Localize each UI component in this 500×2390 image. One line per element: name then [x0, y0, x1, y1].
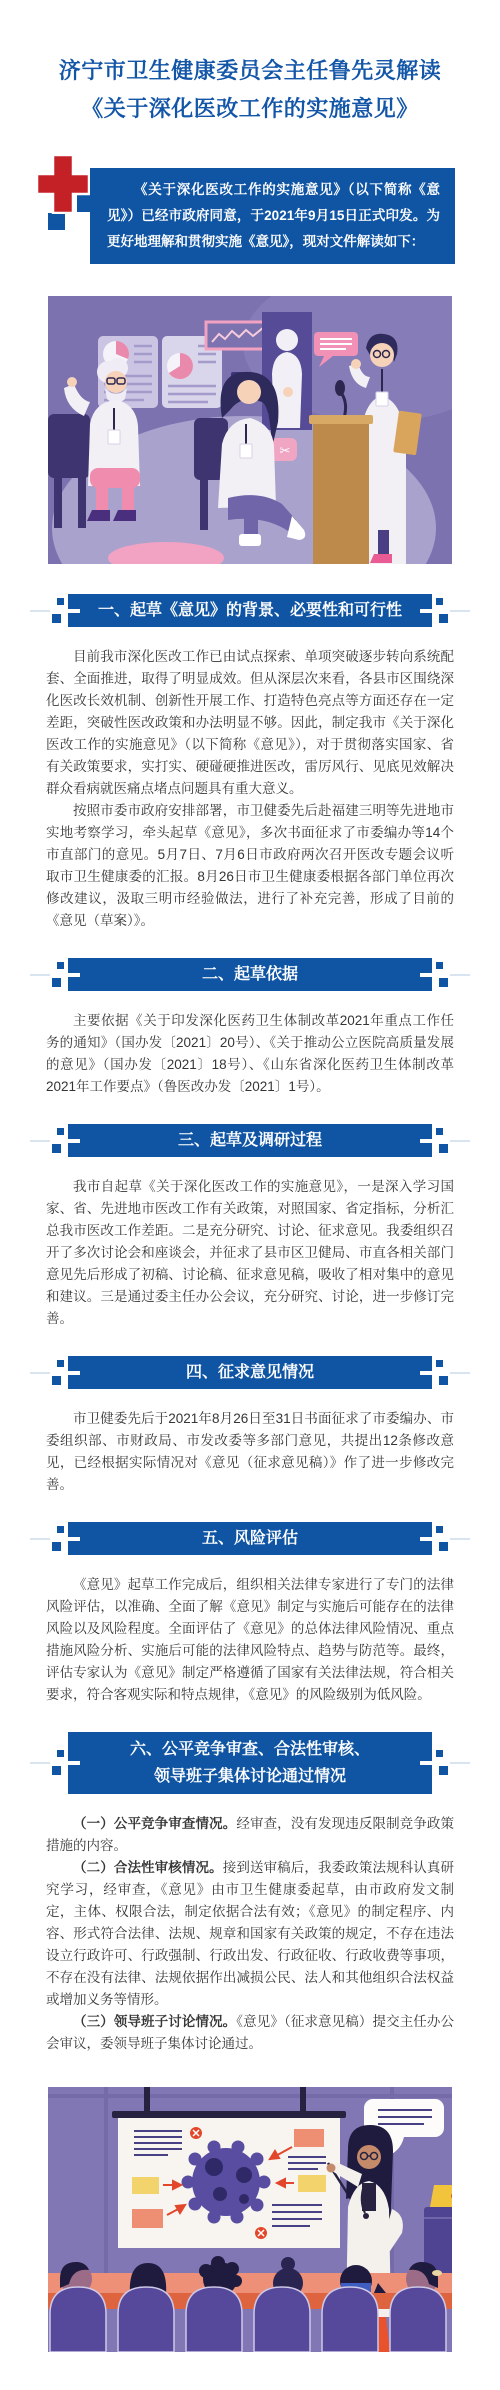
section-heading-text: 三、起草及调研过程 — [178, 1132, 322, 1149]
banner-notch-left — [68, 973, 80, 977]
banner-notch-right — [420, 973, 432, 977]
paragraph-text: 按照市委市政府安排部署，市卫健委先后赴福建三明等先进地市实地考察学习，牵头起草《… — [46, 803, 454, 928]
section-5: 五、风险评估 《意见》起草工作完成后，组织相关法律专家进行了专门的法律风险评估，… — [0, 1522, 500, 1706]
banner-notch-right — [420, 609, 432, 613]
section-heading: 五、风险评估 — [68, 1522, 432, 1555]
title-line-2: 《关于深化医改工作的实施意见》 — [81, 96, 419, 121]
section-heading: 六、公平竞争审查、合法性审核、 领导班子集体讨论通过情况 — [68, 1732, 432, 1794]
banner-square — [436, 1360, 443, 1367]
paragraph-lead: （一）公平竞争审查情况。 — [73, 1816, 236, 1831]
banner-square — [439, 1766, 448, 1775]
banner-line-right — [450, 1140, 470, 1142]
banner-square — [57, 598, 64, 605]
intro-box: 《关于深化医改工作的实施意见》（以下简称《意见》）已经市政府同意，于2021年9… — [90, 168, 455, 264]
banner-square — [52, 614, 61, 623]
section-heading-text: 领导班子集体讨论通过情况 — [154, 1768, 346, 1785]
intro-text: 《关于深化医改工作的实施意见》（以下简称《意见》）已经市政府同意，于2021年9… — [107, 182, 440, 249]
banner-square — [57, 1526, 64, 1533]
paragraph: 目前我市深化医改工作已由试点探索、单项突破逐步转向系统配套、全面推进，取得了明显… — [46, 646, 454, 800]
paragraph: （一）公平竞争审查情况。经审查，没有发现违反限制竞争政策措施的内容。 — [46, 1813, 454, 1857]
section-heading: 一、起草《意见》的背景、必要性和可行性 — [68, 594, 432, 627]
banner-line-right — [450, 1538, 470, 1540]
banner-line-right — [450, 974, 470, 976]
banner-notch-right — [420, 1371, 432, 1375]
banner-square — [439, 614, 448, 623]
banner-notch-right — [420, 1139, 432, 1143]
section-3: 三、起草及调研过程 我市自起草《关于深化医改工作的实施意见》，一是深入学习国家、… — [0, 1124, 500, 1330]
paragraph: （二）合法性审核情况。接到送审稿后，我委政策法规科认真研究学习，经审查，《意见》… — [46, 1857, 454, 2011]
banner-notch-left — [68, 609, 80, 613]
banner-square — [52, 1542, 61, 1551]
svg-text:✂: ✂ — [280, 443, 291, 458]
banner-notch-left — [68, 1761, 80, 1765]
section-heading: 二、起草依据 — [68, 958, 432, 991]
banner-square — [436, 598, 443, 605]
banner-line-left — [30, 974, 50, 976]
section-2-banner: 二、起草依据 — [68, 958, 432, 991]
banner-square — [436, 962, 443, 969]
banner-square — [439, 978, 448, 987]
paragraph-lead: （二）合法性审核情况。 — [73, 1860, 223, 1875]
banner-notch-left — [68, 1371, 80, 1375]
section-heading-text: 五、风险评估 — [202, 1530, 298, 1547]
presentation-illustration — [48, 2087, 452, 2352]
section-heading-text: 一、起草《意见》的背景、必要性和可行性 — [98, 602, 402, 619]
banner-notch-left — [68, 1139, 80, 1143]
banner-line-left — [30, 610, 50, 612]
banner-square — [57, 1128, 64, 1135]
banner-square — [52, 1144, 61, 1153]
banner-square — [52, 1376, 61, 1385]
intro-step-decoration — [48, 213, 65, 230]
paragraph: 主要依据《关于印发深化医药卫生体制改革2021年重点工作任务的通知》（国办发〔2… — [46, 1010, 454, 1098]
banner-square — [436, 1526, 443, 1533]
section-heading-text: 四、征求意见情况 — [186, 1364, 314, 1381]
banner-square — [439, 1542, 448, 1551]
section-heading: 四、征求意见情况 — [68, 1356, 432, 1389]
paragraph-text: 目前我市深化医改工作已由试点探索、单项突破逐步转向系统配套、全面推进，取得了明显… — [46, 649, 454, 796]
banner-line-right — [450, 1762, 470, 1764]
banner-square — [57, 1360, 64, 1367]
banner-square — [57, 1750, 64, 1757]
banner-square — [52, 1766, 61, 1775]
section-4: 四、征求意见情况 市卫健委先后于2021年8月26日至31日书面征求了市委编办、… — [0, 1356, 500, 1496]
paragraph-text: 我市自起草《关于深化医改工作的实施意见》，一是深入学习国家、省、先进地市医改工作… — [46, 1179, 454, 1326]
section-6: 六、公平竞争审查、合法性审核、 领导班子集体讨论通过情况 （一）公平竞争审查情况… — [0, 1732, 500, 2055]
section-4-banner: 四、征求意见情况 — [68, 1356, 432, 1389]
paragraph-text: 接到送审稿后，我委政策法规科认真研究学习，经审查，《意见》由市卫生健康委起草，由… — [46, 1860, 454, 2007]
section-heading-text: 六、公平竞争审查、合法性审核、 — [130, 1741, 370, 1758]
banner-square — [57, 962, 64, 969]
banner-notch-left — [68, 1537, 80, 1541]
banner-square — [439, 1144, 448, 1153]
banner-line-right — [450, 1372, 470, 1374]
intro-banner: 《关于深化医改工作的实施意见》（以下简称《意见》）已经市政府同意，于2021年9… — [90, 168, 455, 264]
paragraph: 《意见》起草工作完成后，组织相关法律专家进行了专门的法律风险评估，以准确、全面了… — [46, 1574, 454, 1706]
paragraph-text: 主要依据《关于印发深化医药卫生体制改革2021年重点工作任务的通知》（国办发〔2… — [46, 1013, 454, 1094]
meeting-illustration: ? ✂ — [48, 296, 452, 564]
section-5-banner: 五、风险评估 — [68, 1522, 432, 1555]
banner-square — [436, 1128, 443, 1135]
banner-line-left — [30, 1372, 50, 1374]
paragraph-text: 《意见》起草工作完成后，组织相关法律专家进行了专门的法律风险评估，以准确、全面了… — [46, 1577, 454, 1702]
paragraph: 市卫健委先后于2021年8月26日至31日书面征求了市委编办、市委组织部、市财政… — [46, 1408, 454, 1496]
section-heading-text: 二、起草依据 — [202, 966, 298, 983]
section-1: 一、起草《意见》的背景、必要性和可行性 目前我市深化医改工作已由试点探索、单项突… — [0, 594, 500, 932]
paragraph: 按照市委市政府安排部署，市卫健委先后赴福建三明等先进地市实地考察学习，牵头起草《… — [46, 800, 454, 932]
banner-square — [439, 1376, 448, 1385]
page-title: 济宁市卫生健康委员会主任鲁先灵解读 《关于深化医改工作的实施意见》 — [28, 52, 472, 128]
section-3-banner: 三、起草及调研过程 — [68, 1124, 432, 1157]
article-page: 济宁市卫生健康委员会主任鲁先灵解读 《关于深化医改工作的实施意见》 《关于深化医… — [0, 0, 500, 2390]
red-cross-icon — [36, 154, 90, 214]
banner-notch-right — [420, 1537, 432, 1541]
banner-line-left — [30, 1538, 50, 1540]
banner-notch-right — [420, 1761, 432, 1765]
paragraph-lead: （三）领导班子讨论情况。 — [73, 2014, 236, 2029]
section-2: 二、起草依据 主要依据《关于印发深化医药卫生体制改革2021年重点工作任务的通知… — [0, 958, 500, 1098]
paragraph-text: 市卫健委先后于2021年8月26日至31日书面征求了市委编办、市委组织部、市财政… — [46, 1411, 454, 1492]
title-line-1: 济宁市卫生健康委员会主任鲁先灵解读 — [59, 58, 442, 83]
section-heading: 三、起草及调研过程 — [68, 1124, 432, 1157]
banner-line-left — [30, 1762, 50, 1764]
paragraph: （三）领导班子讨论情况。《意见》（征求意见稿）提交主任办公会审议，委领导班子集体… — [46, 2011, 454, 2055]
section-6-banner: 六、公平竞争审查、合法性审核、 领导班子集体讨论通过情况 — [68, 1732, 432, 1794]
paragraph: 我市自起草《关于深化医改工作的实施意见》，一是深入学习国家、省、先进地市医改工作… — [46, 1176, 454, 1330]
banner-line-right — [450, 610, 470, 612]
banner-square — [436, 1750, 443, 1757]
section-1-banner: 一、起草《意见》的背景、必要性和可行性 — [68, 594, 432, 627]
banner-square — [52, 978, 61, 987]
banner-line-left — [30, 1140, 50, 1142]
